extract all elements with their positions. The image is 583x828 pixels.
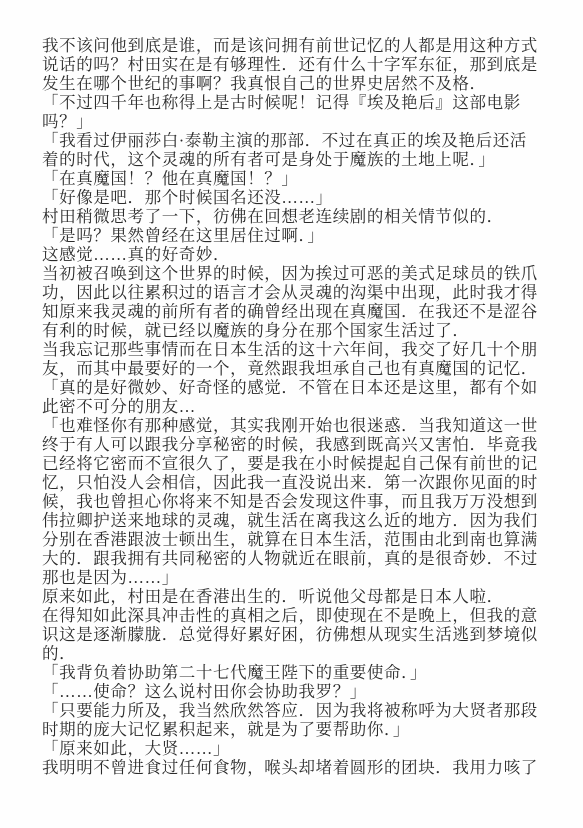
text-line: 时期的庞大记忆累积起来，就是为了要帮助你．」: [42, 720, 544, 739]
text-line: 「……使命？这么说村田你会协助我罗？」: [42, 682, 544, 701]
text-line: 吗？」: [42, 112, 544, 131]
text-line: 「在真魔国！？他在真魔国！？」: [42, 169, 544, 188]
text-line: 知原来我灵魂的前所有者的确曾经出现在真魔国．在我还不是涩谷: [42, 302, 544, 321]
text-line: 友，而其中最要好的一个，竟然跟我坦承自己也有真魔国的记忆．: [42, 359, 544, 378]
text-line: 当初被召唤到这个世界的时候，因为挨过可恶的美式足球员的铁爪: [42, 264, 544, 283]
text-line: 村田稍微思考了一下，彷佛在回想老连续剧的相关情节似的．: [42, 207, 544, 226]
text-line: 「不过四千年也称得上是古时候呢！记得『埃及艳后』这部电影: [42, 93, 544, 112]
novel-page: 我不该问他到底是谁，而是该问拥有前世记忆的人都是用这种方式说话的吗？村田实在是有…: [0, 0, 583, 828]
text-line: 功，因此以往累积过的语言才会从灵魂的沟渠中出现，此时我才得: [42, 283, 544, 302]
text-line: 「只要能力所及，我当然欣然答应．因为我将被称呼为大贤者那段: [42, 701, 544, 720]
text-line: 那也是因为……」: [42, 568, 544, 587]
text-line: 说话的吗？村田实在是有够理性．还有什么十字军东征，那到底是: [42, 55, 544, 74]
text-line: 「原来如此，大贤……」: [42, 739, 544, 758]
text-line: 有利的时候，就已经以魔族的身分在那个国家生活过了．: [42, 321, 544, 340]
text-line: 已经将它密而不宣很久了，要是我在小时候提起自己保有前世的记: [42, 454, 544, 473]
text-line: 终于有人可以跟我分享秘密的时候，我感到既高兴又害怕．毕竟我: [42, 435, 544, 454]
text-line: 候，我也曾担心你将来不知是否会发现这件事，而且我万万没想到: [42, 492, 544, 511]
text-line: 「我看过伊丽莎白·泰勒主演的那部．不过在真正的埃及艳后还活: [42, 131, 544, 150]
text-line: 着的时代，这个灵魂的所有者可是身处于魔族的土地上呢．」: [42, 150, 544, 169]
text-line: 识这是逐渐朦胧．总觉得好累好困，彷佛想从现实生活逃到梦境似: [42, 625, 544, 644]
text-line: 我不该问他到底是谁，而是该问拥有前世记忆的人都是用这种方式: [42, 36, 544, 55]
text-line: 「好像是吧．那个时候国名还没……」: [42, 188, 544, 207]
text-lines: 我不该问他到底是谁，而是该问拥有前世记忆的人都是用这种方式说话的吗？村田实在是有…: [42, 36, 544, 777]
text-line: 「是吗？果然曾经在这里居住过啊．」: [42, 226, 544, 245]
text-line: 伟拉卿护送来地球的灵魂，就生活在离我这么近的地方．因为我们: [42, 511, 544, 530]
text-line: 我明明不曾进食过任何食物，喉头却堵着圆形的团块．我用力咳了: [42, 758, 544, 777]
text-line: 忆，只怕没人会相信，因此我一直没说出来．第一次跟你见面的时: [42, 473, 544, 492]
text-line: 「真的是好微妙、好奇怪的感觉．不管在日本还是这里，都有个如: [42, 378, 544, 397]
text-line: 原来如此，村田是在香港出生的．听说他父母都是日本人啦．: [42, 587, 544, 606]
text-line: 「也难怪你有那种感觉，其实我刚开始也很迷惑．当我知道这一世: [42, 416, 544, 435]
text-line: 发生在哪个世纪的事啊？我真恨自己的世界史居然不及格．: [42, 74, 544, 93]
text-line: 这感觉……真的好奇妙．: [42, 245, 544, 264]
text-line: 当我忘记那些事情而在日本生活的这十六年间，我交了好几十个朋: [42, 340, 544, 359]
text-line: 大的．跟我拥有共同秘密的人物就近在眼前，真的是很奇妙．不过: [42, 549, 544, 568]
text-line: 分别在香港跟波士顿出生，就算在日本生活，范围由北到南也算满: [42, 530, 544, 549]
text-line: 在得知如此深具冲击性的真相之后，即使现在不是晚上，但我的意: [42, 606, 544, 625]
text-line: 的．: [42, 644, 544, 663]
text-line: 此密不可分的朋友…: [42, 397, 544, 416]
text-line: 「我背负着协助第二十七代魔王陛下的重要使命．」: [42, 663, 544, 682]
